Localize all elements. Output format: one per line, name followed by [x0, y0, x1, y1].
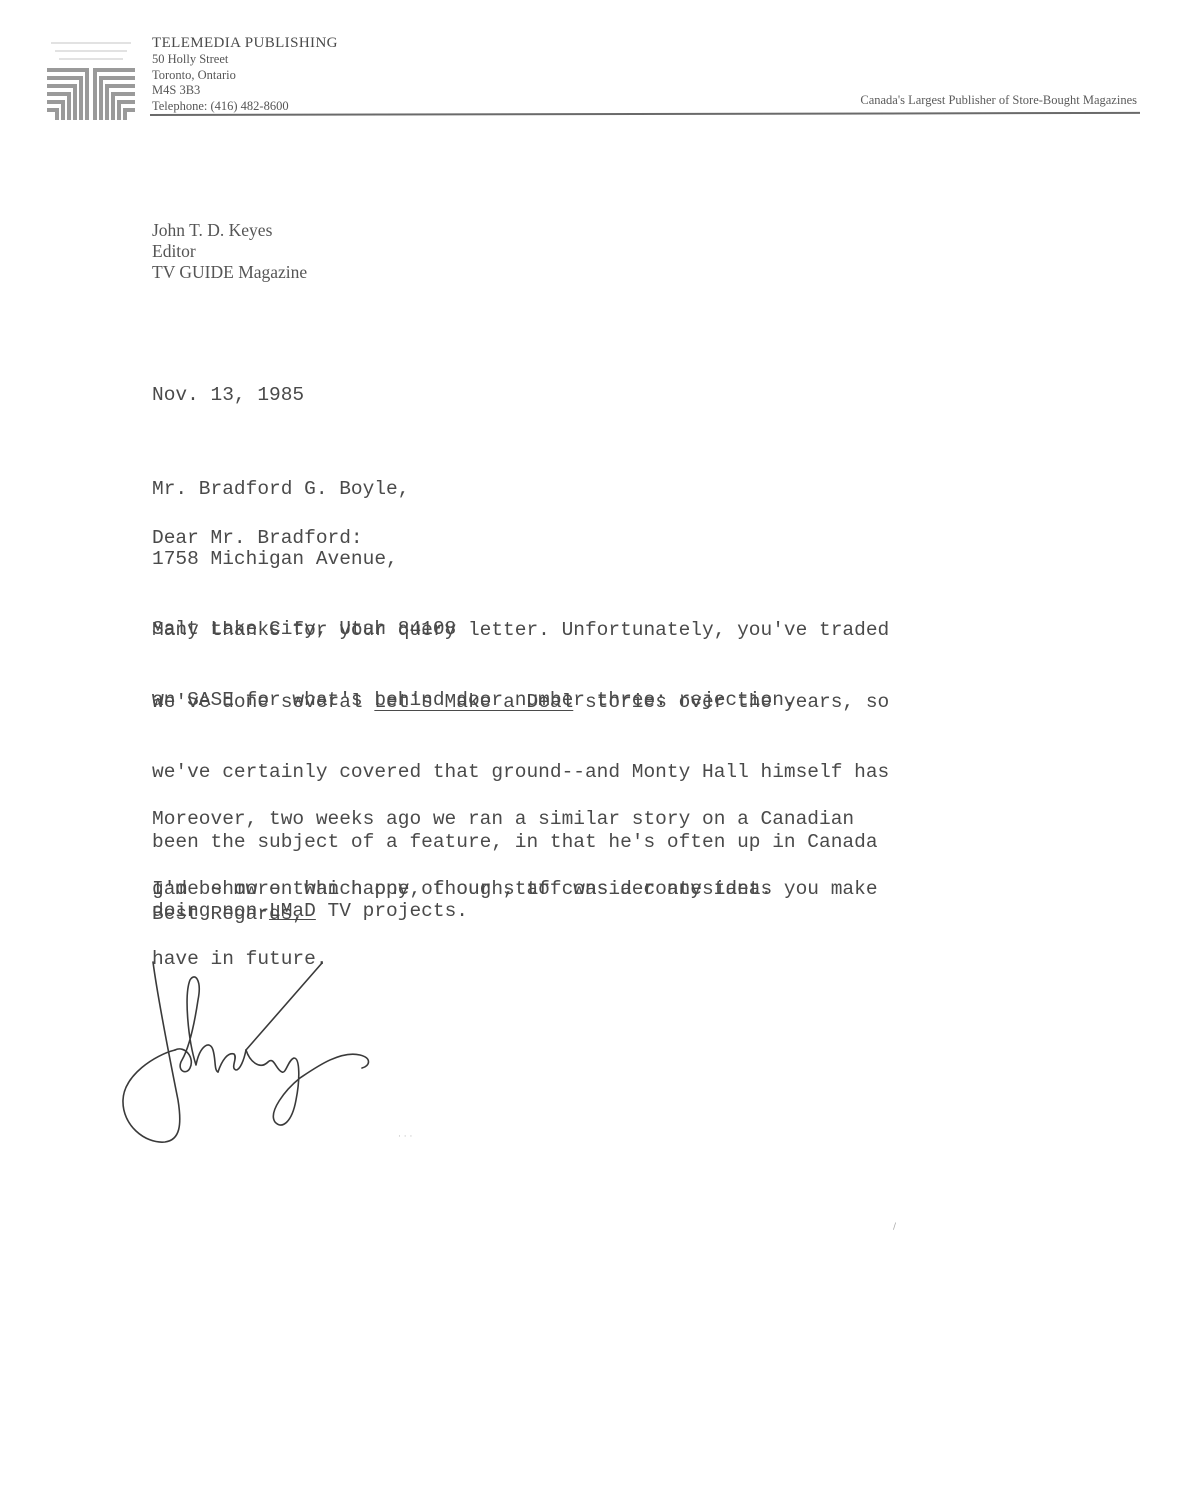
- sender-title: Editor: [152, 241, 307, 262]
- closing: Best Regards,: [152, 903, 304, 926]
- letterhead: TELEMEDIA PUBLISHING 50 Holly Street Tor…: [152, 35, 338, 114]
- company-tagline: Canada's Largest Publisher of Store-Boug…: [860, 93, 1137, 108]
- company-name: TELEMEDIA PUBLISHING: [152, 35, 338, 52]
- paragraph-line: I'd be more than happy, though, to consi…: [152, 878, 878, 901]
- address-telephone: Telephone: (416) 482-8600: [152, 99, 338, 115]
- paragraph-line: Moreover, two weeks ago we ran a similar…: [152, 808, 854, 831]
- recipient-street: 1758 Michigan Avenue,: [152, 548, 456, 571]
- signature-icon: [110, 950, 390, 1150]
- salutation: Dear Mr. Bradford:: [152, 527, 363, 550]
- letter-date: Nov. 13, 1985: [152, 384, 304, 407]
- text-segment: We've done several: [152, 691, 374, 713]
- paragraph-line: We've done several Let's Make a Deal sto…: [152, 691, 889, 714]
- recipient-name: Mr. Bradford G. Boyle,: [152, 478, 456, 501]
- address-city: Toronto, Ontario: [152, 68, 338, 84]
- scan-artifact: /: [893, 1222, 896, 1232]
- scan-artifact: · · ·: [398, 1132, 412, 1142]
- address-street: 50 Holly Street: [152, 52, 338, 68]
- underlined-title: Let's Make a Deal: [374, 691, 573, 713]
- text-segment: stories over the years, so: [573, 691, 889, 713]
- sender-name: John T. D. Keyes: [152, 220, 307, 241]
- sender-publication: TV GUIDE Magazine: [152, 262, 307, 283]
- address-postal-code: M4S 3B3: [152, 83, 338, 99]
- sender-block: John T. D. Keyes Editor TV GUIDE Magazin…: [152, 220, 307, 283]
- paragraph-line: Many thanks for your query letter. Unfor…: [152, 619, 889, 642]
- telemedia-logo-icon: [47, 38, 135, 120]
